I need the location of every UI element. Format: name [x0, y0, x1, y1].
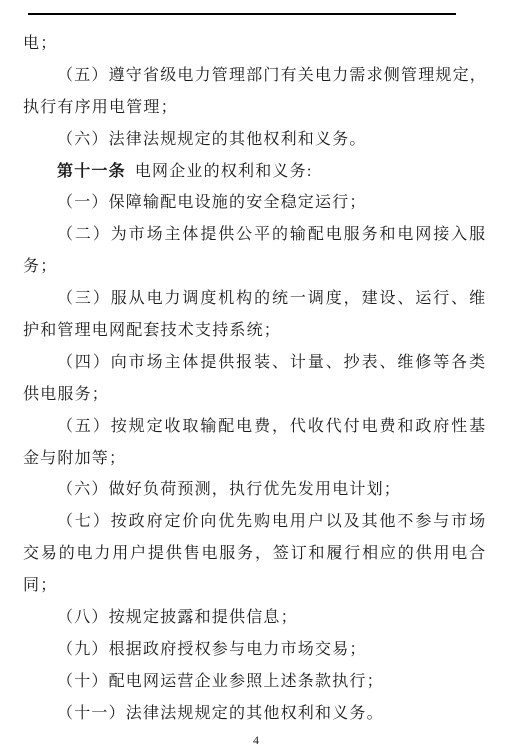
text-run: （十）配电网运营企业参照上述条款执行； [57, 673, 384, 690]
text-run: （四）向市场主体提供报装、计量、抄表、维修等各类 [57, 354, 487, 371]
header-rule [28, 13, 456, 15]
text-run: （十一）法律法规规定的其他权利和义务。 [57, 705, 384, 722]
text-run: （六）法律法规规定的其他权利和义务。 [57, 131, 367, 148]
text-line: （九）根据政府授权参与电力市场交易； [23, 634, 487, 666]
text-line: 执行有序用电管理； [23, 92, 487, 124]
text-line: （十）配电网运营企业参照上述条款执行； [23, 666, 487, 698]
text-line: （五）遵守省级电力管理部门有关电力需求侧管理规定， [23, 60, 487, 92]
page-number: 4 [0, 733, 512, 748]
text-run: （六）做好负荷预测，执行优先发用电计划； [57, 481, 401, 498]
text-run: （七）按政府定价向优先购电用户以及其他不参与市场 [57, 513, 487, 530]
text-run: 金与附加等； [23, 450, 126, 467]
text-run: 务； [23, 258, 57, 275]
text-line: 供电服务； [23, 379, 487, 411]
document-page: 电；（五）遵守省级电力管理部门有关电力需求侧管理规定，执行有序用电管理；（六）法… [0, 0, 512, 756]
text-line: 务； [23, 251, 487, 283]
text-run: （二）为市场主体提供公平的输配电服务和电网接入服 [57, 226, 487, 243]
text-line: 同； [23, 570, 487, 602]
article-number-heading: 第十一条 [57, 163, 126, 180]
text-run: 供电服务； [23, 386, 109, 403]
text-run: （三）服从电力调度机构的统一调度，建设、运行、维 [57, 290, 487, 307]
text-run: （八）按规定披露和提供信息； [57, 609, 298, 626]
text-line: 电； [23, 28, 487, 60]
text-run: 电； [23, 35, 57, 52]
text-line: （六）做好负荷预测，执行优先发用电计划； [23, 474, 487, 506]
text-run: （五）遵守省级电力管理部门有关电力需求侧管理规定， [57, 67, 487, 84]
text-line: （三）服从电力调度机构的统一调度，建设、运行、维 [23, 283, 487, 315]
text-line: （二）为市场主体提供公平的输配电服务和电网接入服 [23, 219, 487, 251]
text-line: 第十一条电网企业的权利和义务: [23, 156, 487, 188]
text-line: （六）法律法规规定的其他权利和义务。 [23, 124, 487, 156]
text-line: （十一）法律法规规定的其他权利和义务。 [23, 698, 487, 730]
text-run: 电网企业的权利和义务: [135, 163, 313, 180]
text-run: （九）根据政府授权参与电力市场交易； [57, 641, 367, 658]
text-line: （七）按政府定价向优先购电用户以及其他不参与市场 [23, 506, 487, 538]
document-body: 电；（五）遵守省级电力管理部门有关电力需求侧管理规定，执行有序用电管理；（六）法… [23, 28, 487, 730]
text-run: 护和管理电网配套技术支持系统； [23, 322, 281, 339]
text-line: （四）向市场主体提供报装、计量、抄表、维修等各类 [23, 347, 487, 379]
text-run: （五）按规定收取输配电费，代收代付电费和政府性基 [57, 418, 487, 435]
text-line: 金与附加等； [23, 443, 487, 475]
text-line: 交易的电力用户提供售电服务，签订和履行相应的供用电合 [23, 538, 487, 570]
text-run: 同； [23, 577, 57, 594]
text-run: （一）保障输配电设施的安全稳定运行； [57, 194, 367, 211]
text-line: 护和管理电网配套技术支持系统； [23, 315, 487, 347]
text-line: （八）按规定披露和提供信息； [23, 602, 487, 634]
text-line: （五）按规定收取输配电费，代收代付电费和政府性基 [23, 411, 487, 443]
text-run: 交易的电力用户提供售电服务，签订和履行相应的供用电合 [23, 545, 487, 562]
text-run: 执行有序用电管理； [23, 99, 178, 116]
text-line: （一）保障输配电设施的安全稳定运行； [23, 187, 487, 219]
